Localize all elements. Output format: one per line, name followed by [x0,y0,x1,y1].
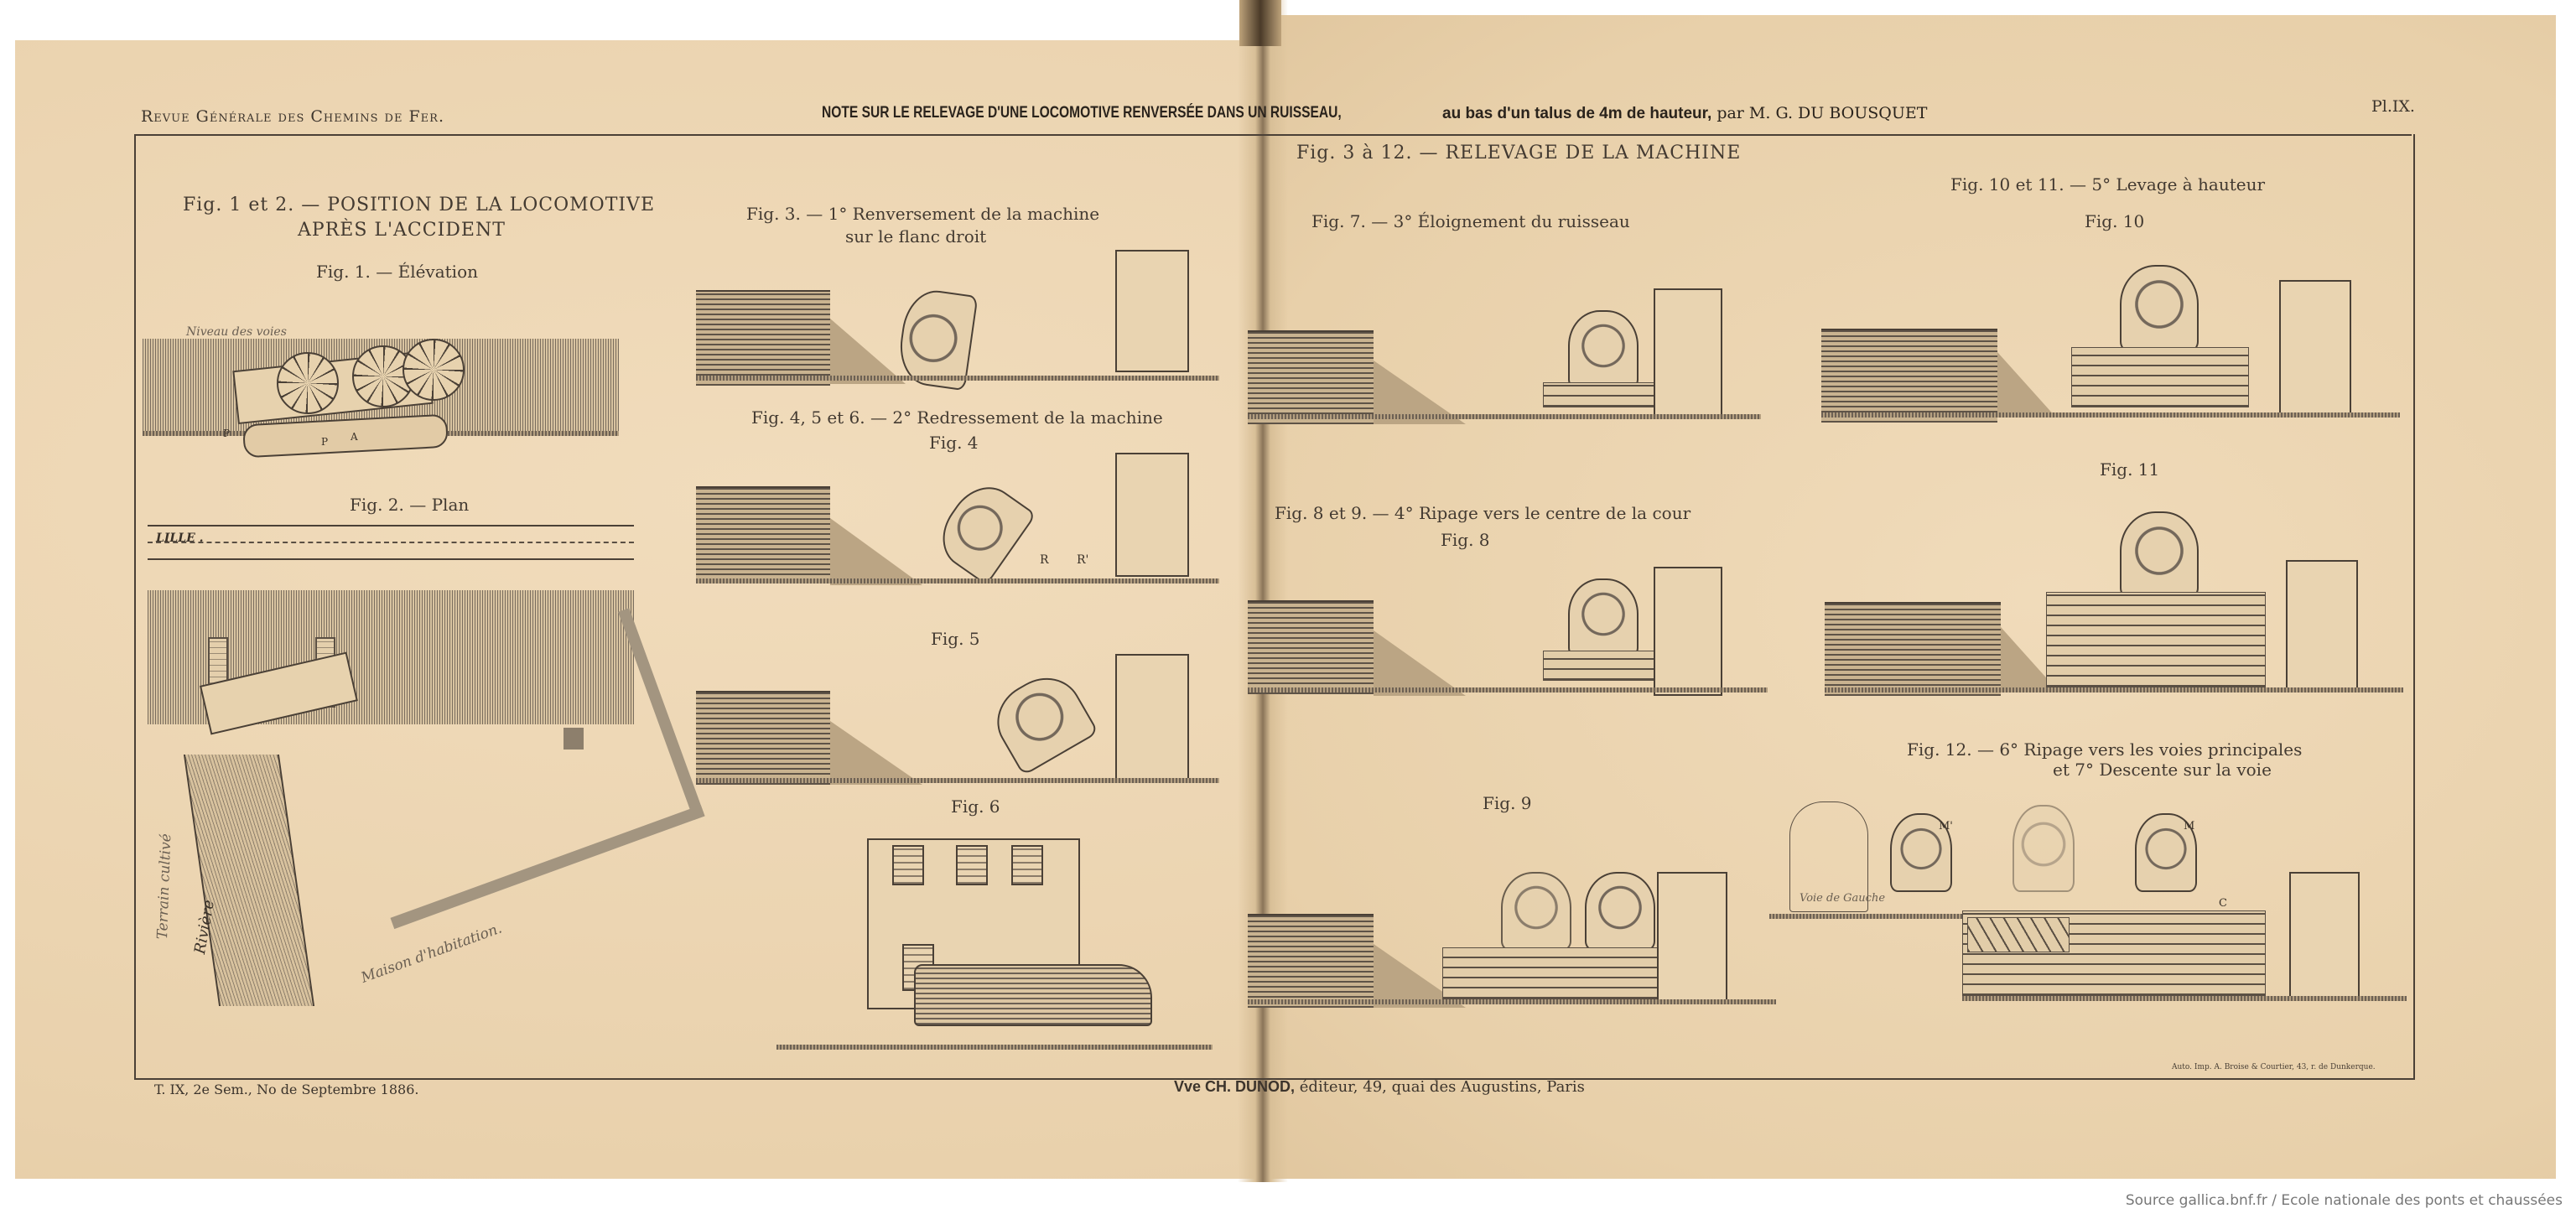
timber-crib [2071,347,2249,407]
marker-m: M [2184,820,2194,833]
embankment [1248,914,1374,1008]
fig4-caption: Fig. 4 [929,433,979,453]
embankment [1248,600,1374,694]
timber-crib [1543,382,1662,407]
building-wall [1115,654,1189,783]
source-bar: Source gallica.bnf.fr / Ecole nationale … [0,1182,2576,1219]
dormer-window [892,845,924,885]
locomotive-previous-position [1501,872,1571,951]
upper-ground-line [1769,914,1962,919]
fig12-caption-line2: et 7° Descente sur la voie [2053,760,2272,780]
building-wall [1657,872,1727,1001]
building-wall [1115,453,1189,577]
publisher-address: éditeur, 49, quai des Augustins, Paris [1300,1078,1585,1096]
building-wall [1654,567,1722,696]
fig7-caption: Fig. 7. — 3° Éloignement du ruisseau [1311,211,1630,231]
locomotive-cribbed [1568,578,1639,657]
embankment [696,290,830,386]
locomotive-raised [2120,265,2199,352]
ground-line [1825,687,2403,692]
fig6-caption: Fig. 6 [951,796,1000,817]
marker-m-prime: M' [1939,820,1953,833]
fig1-2-heading-line1: Fig. 1 et 2. — POSITION DE LA LOCOMOTIVE [183,195,655,215]
fig10-caption: Fig. 10 [2085,211,2144,231]
issue-info: T. IX, 2e Sem., No de Septembre 1886. [154,1082,418,1097]
slope [1374,630,1466,696]
fig1-2-heading-line2: APRÈS L'ACCIDENT [298,220,506,241]
ground-line [1248,687,1768,692]
slope [830,721,922,785]
plate-title: NOTE SUR LE RELEVAGE D'UNE LOCOMOTIVE RE… [822,104,1342,122]
building-wall [1115,250,1189,372]
embankment [1821,329,1997,423]
fig11-caption: Fig. 11 [2100,459,2159,480]
fig4-6-caption: Fig. 4, 5 et 6. — 2° Redressement de la … [751,407,1163,428]
fig12-caption-line1: Fig. 12. — 6° Ripage vers les voies prin… [1907,739,2302,760]
rail-line [148,525,634,527]
embankment [1825,602,2001,696]
fig5-caption: Fig. 5 [931,629,980,649]
track-centerline [148,542,634,543]
locomotive-cribbed [1585,872,1655,951]
embankment [696,691,830,785]
marker-r: R [1040,553,1049,567]
building-wall [1654,288,1722,418]
timber-crib [1442,947,1662,999]
slope [1997,352,2056,418]
dormer-window [956,845,988,885]
ground-line [1248,999,1776,1004]
ground-line [696,778,1219,783]
building-wall [2286,560,2358,689]
publisher-info: Vve CH. DUNOD, éditeur, 49, quai des Aug… [1174,1078,1585,1096]
locomotive-intermediate [2012,805,2075,892]
building-wall [2279,280,2351,418]
fig8-9-caption: Fig. 8 et 9. — 4° Ripage vers le centre … [1275,503,1690,523]
binding-top [1239,0,1281,46]
fig9-caption: Fig. 9 [1483,793,1532,813]
slope [830,319,906,384]
building-wall [2289,872,2360,998]
trestle-supports [1967,917,2070,952]
locomotive-upright [914,964,1152,1026]
rail-line [148,558,634,560]
level-label: Niveau des voies [186,325,287,339]
source-credit: Source gallica.bnf.fr / Ecole nationale … [2126,1192,2563,1209]
printer-info: Auto. Imp. A. Broise & Courtier, 43, r. … [2172,1063,2376,1071]
fig1-caption: Fig. 1. — Élévation [316,262,478,282]
marker-c: C [2219,897,2227,910]
fig3-caption-line2: sur le flanc droit [845,226,986,246]
plate-subtitle-mid: au bas d'un talus de 4m de hauteur, [1442,105,1711,122]
fig8-caption: Fig. 8 [1441,530,1490,550]
ground-line [776,1045,1213,1050]
plate-author: par M. G. DU BOUSQUET [1716,104,1927,122]
plate-subtitle: au bas d'un talus de 4m de hauteur, par … [1442,104,1927,123]
locomotive-raised [2120,511,2199,599]
ground-line [1821,412,2400,418]
fig3-caption-line1: Fig. 3. — 1° Renversement de la machine [746,204,1099,224]
left-track-label: Voie de Gauche [1800,892,1885,905]
timber-crib [1543,651,1662,681]
wheel-icon [402,339,465,401]
house-corner-block [563,728,584,750]
embankment [1248,330,1374,424]
dormer-window [1011,845,1043,885]
ground-line [1962,996,2407,1001]
ground-line [696,578,1219,584]
marker-p2: P [321,436,328,448]
slope [830,518,922,585]
publisher-name: Vve CH. DUNOD, [1174,1078,1295,1095]
marker-r-prime: R' [1077,553,1088,567]
marker-p: P [223,428,230,439]
fig10-11-caption: Fig. 10 et 11. — 5° Levage à hauteur [1950,174,2265,195]
embankment [696,486,830,580]
wheel-icon [277,352,339,414]
fig2-caption: Fig. 2. — Plan [350,495,469,515]
ground-line [696,376,1219,381]
journal-name: Revue Générale des Chemins de Fer. [141,107,444,126]
timber-crib [2046,592,2266,687]
plate-number: Pl.IX. [2371,97,2415,116]
fig3-12-heading: Fig. 3 à 12. — RELEVAGE DE LA MACHINE [1296,143,1741,163]
ground-line [1248,414,1761,419]
marker-a: A [351,431,358,443]
locomotive-cribbed [1568,310,1639,389]
